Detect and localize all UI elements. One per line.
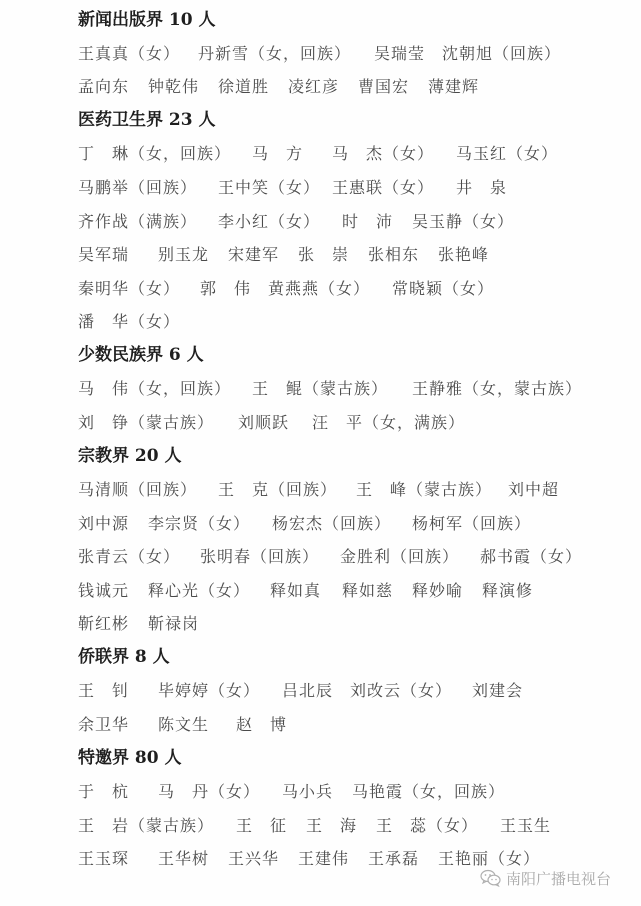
member-name: 释心光（女） <box>148 580 250 602</box>
member-name: 陈文生 <box>158 714 209 736</box>
member-name: 吴瑞莹 <box>374 43 425 65</box>
member-name: 马鹏举（回族） <box>78 177 197 199</box>
member-name: 马艳霞（女，回族） <box>352 781 505 803</box>
member-name: 宋建军 <box>228 244 279 266</box>
member-name: 薄建辉 <box>428 76 479 98</box>
member-name: 王建伟 <box>298 848 349 870</box>
member-name: 李宗贤（女） <box>148 513 250 535</box>
member-name: 于 杭 <box>78 781 129 803</box>
name-row: 马 伟（女，回族） 王 鲲（蒙古族） 王静雅（女，蒙古族） <box>0 378 641 400</box>
member-name: 钱诚元 <box>78 580 129 602</box>
name-row: 于 杭 马 丹（女） 马小兵 马艳霞（女，回族） <box>0 781 641 803</box>
section-heading-specially-invited: 特邀界 80 人 <box>78 748 182 768</box>
member-name: 张相东 <box>368 244 419 266</box>
member-name: 王静雅（女，蒙古族） <box>412 378 582 400</box>
name-row: 刘中源 李宗贤（女） 杨宏杰（回族） 杨柯军（回族） <box>0 513 641 535</box>
member-name: 王 钊 <box>78 680 129 702</box>
member-name: 王中笑（女） <box>218 177 320 199</box>
name-row: 刘 铮（蒙古族） 刘顺跃 汪 平（女，满族） <box>0 412 641 434</box>
name-row: 靳红彬 靳禄岗 <box>0 613 641 635</box>
member-name: 刘建会 <box>472 680 523 702</box>
section-heading-news-publishing: 新闻出版界 10 人 <box>78 10 216 30</box>
name-row: 钱诚元 释心光（女） 释如真 释如慈 释妙喻 释演修 <box>0 580 641 602</box>
section-heading-religion: 宗教界 20 人 <box>78 446 182 466</box>
member-name: 井 泉 <box>456 177 507 199</box>
name-row: 吴军瑞 别玉龙 宋建军 张 崇 张相东 张艳峰 <box>0 244 641 266</box>
member-name: 王 蕊（女） <box>376 815 478 837</box>
member-name: 王承磊 <box>368 848 419 870</box>
member-name: 释妙喻 <box>412 580 463 602</box>
member-name: 马 丹（女） <box>158 781 260 803</box>
member-name: 张艳峰 <box>438 244 489 266</box>
member-name: 王 海 <box>306 815 357 837</box>
member-name: 沈朝旭（回族） <box>442 43 561 65</box>
member-name: 王惠联（女） <box>332 177 434 199</box>
member-name: 刘中源 <box>78 513 129 535</box>
name-row: 秦明华（女） 郭 伟 黄燕燕（女） 常晓颖（女） <box>0 278 641 300</box>
member-name: 王 鲲（蒙古族） <box>252 378 388 400</box>
member-name: 杨宏杰（回族） <box>272 513 391 535</box>
member-name: 汪 平（女，满族） <box>312 412 465 434</box>
member-name: 潘 华（女） <box>78 311 180 333</box>
section-heading-medical-health: 医药卫生界 23 人 <box>78 110 216 130</box>
name-row: 张青云（女） 张明春（回族） 金胜利（回族） 郝书霞（女） <box>0 546 641 568</box>
member-name: 王 克（回族） <box>218 479 337 501</box>
member-name: 时 沛 <box>342 211 393 233</box>
name-row: 齐作战（满族） 李小红（女） 时 沛 吴玉静（女） <box>0 211 641 233</box>
member-name: 吴玉静（女） <box>412 211 514 233</box>
member-name: 余卫华 <box>78 714 129 736</box>
member-name: 金胜利（回族） <box>340 546 459 568</box>
member-name: 靳红彬 <box>78 613 129 635</box>
member-name: 黄燕燕（女） <box>268 278 370 300</box>
member-name: 释如慈 <box>342 580 393 602</box>
name-row: 王 钊 毕婷婷（女） 吕北辰 刘改云（女） 刘建会 <box>0 680 641 702</box>
member-name: 张 崇 <box>298 244 349 266</box>
member-name: 秦明华（女） <box>78 278 180 300</box>
member-name: 马玉红（女） <box>456 143 558 165</box>
name-row: 潘 华（女） <box>0 311 641 333</box>
section-heading-ethnic-minorities: 少数民族界 6 人 <box>78 345 204 365</box>
name-row: 马鹏举（回族） 王中笑（女） 王惠联（女） 井 泉 <box>0 177 641 199</box>
member-name: 王 峰（蒙古族） <box>356 479 492 501</box>
member-name: 吴军瑞 <box>78 244 129 266</box>
member-name: 马小兵 <box>282 781 333 803</box>
member-name: 王 岩（蒙古族） <box>78 815 214 837</box>
member-name: 吕北辰 <box>282 680 333 702</box>
member-name: 徐道胜 <box>218 76 269 98</box>
member-name: 王玉生 <box>500 815 551 837</box>
name-row: 王真真（女） 丹新雪（女，回族） 吴瑞莹 沈朝旭（回族） <box>0 43 641 65</box>
member-name: 王兴华 <box>228 848 279 870</box>
member-name: 李小红（女） <box>218 211 320 233</box>
member-name: 马 方 <box>252 143 303 165</box>
name-row: 丁 琳（女，回族） 马 方 马 杰（女） 马玉红（女） <box>0 143 641 165</box>
member-name: 曹国宏 <box>358 76 409 98</box>
member-name: 王玉琛 <box>78 848 129 870</box>
member-name: 靳禄岗 <box>148 613 199 635</box>
member-name: 马清顺（回族） <box>78 479 197 501</box>
member-name: 丁 琳（女，回族） <box>78 143 231 165</box>
source-watermark: 南阳广播电视台 <box>480 866 611 890</box>
member-name: 王 征 <box>236 815 287 837</box>
member-name: 杨柯军（回族） <box>412 513 531 535</box>
member-name: 凌红彦 <box>288 76 339 98</box>
member-name: 毕婷婷（女） <box>158 680 260 702</box>
member-name: 郭 伟 <box>200 278 251 300</box>
member-name: 钟乾伟 <box>148 76 199 98</box>
name-row: 孟向东 钟乾伟 徐道胜 凌红彦 曹国宏 薄建辉 <box>0 76 641 98</box>
member-name: 张青云（女） <box>78 546 180 568</box>
watermark-text: 南阳广播电视台 <box>506 868 611 889</box>
member-name: 别玉龙 <box>158 244 209 266</box>
member-name: 齐作战（满族） <box>78 211 197 233</box>
member-name: 释如真 <box>270 580 321 602</box>
member-name: 孟向东 <box>78 76 129 98</box>
member-name: 郝书霞（女） <box>480 546 582 568</box>
member-name: 刘中超 <box>508 479 559 501</box>
section-heading-overseas-chinese: 侨联界 8 人 <box>78 647 170 667</box>
member-name: 马 杰（女） <box>332 143 434 165</box>
member-name: 刘 铮（蒙古族） <box>78 412 214 434</box>
member-name: 常晓颖（女） <box>392 278 494 300</box>
member-name: 刘改云（女） <box>350 680 452 702</box>
member-name: 马 伟（女，回族） <box>78 378 231 400</box>
member-name: 赵 博 <box>236 714 287 736</box>
member-name: 王真真（女） <box>78 43 180 65</box>
member-name: 刘顺跃 <box>238 412 289 434</box>
name-row: 余卫华 陈文生 赵 博 <box>0 714 641 736</box>
wechat-icon <box>480 869 502 887</box>
document-page: 新闻出版界 10 人 王真真（女） 丹新雪（女，回族） 吴瑞莹 沈朝旭（回族） … <box>0 0 641 906</box>
name-row: 王 岩（蒙古族） 王 征 王 海 王 蕊（女） 王玉生 <box>0 815 641 837</box>
name-row: 马清顺（回族） 王 克（回族） 王 峰（蒙古族） 刘中超 <box>0 479 641 501</box>
member-name: 王华树 <box>158 848 209 870</box>
member-name: 张明春（回族） <box>200 546 319 568</box>
member-name: 释演修 <box>482 580 533 602</box>
member-name: 丹新雪（女，回族） <box>198 43 351 65</box>
